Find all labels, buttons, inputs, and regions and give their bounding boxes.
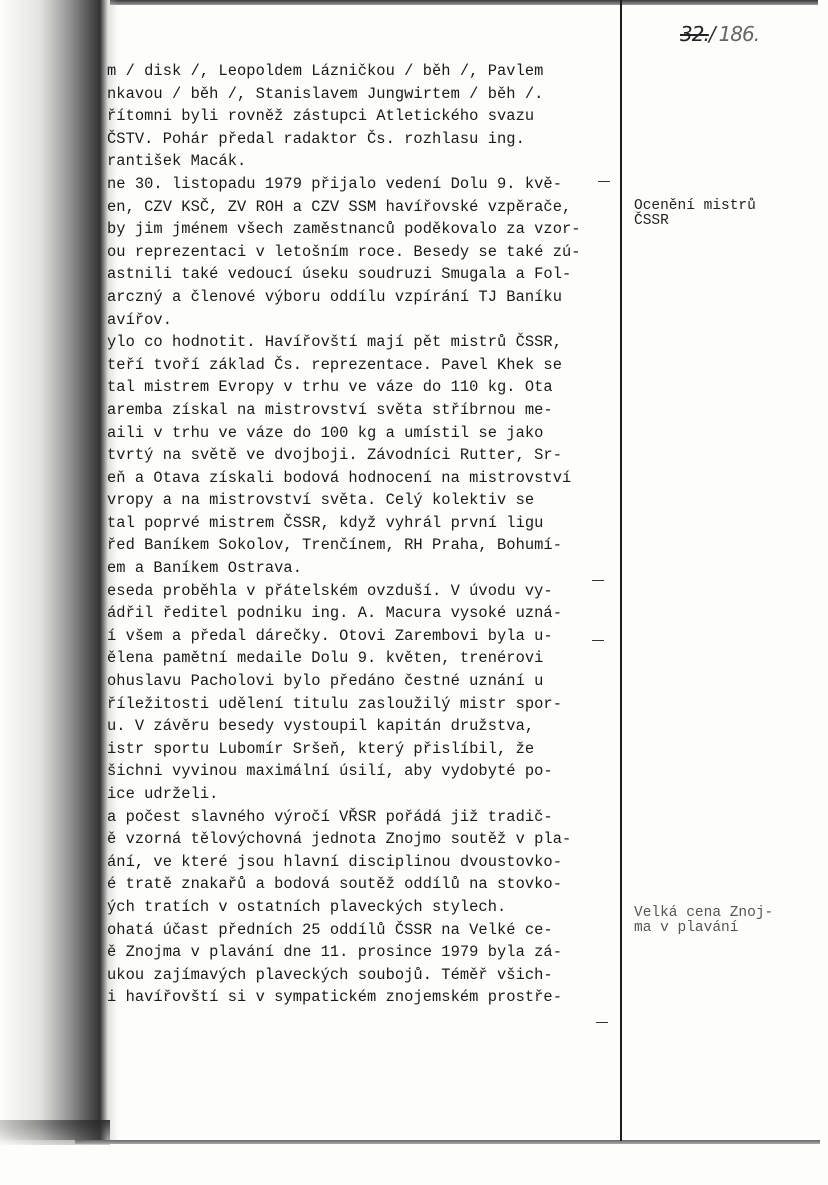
text-line: rantišek Macák. <box>107 150 627 173</box>
text-line: a počest slavného výročí VŘSR pořádá již… <box>107 806 627 829</box>
text-line: eseda proběhla v přátelském ovzduší. V ú… <box>107 580 627 603</box>
text-line: é tratě znakařů a bodová soutěž oddílů n… <box>107 873 627 896</box>
text-line: řítomni byli rovněž zástupci Atletického… <box>107 105 627 128</box>
text-line: ylo co hodnotit. Havířovští mají pět mis… <box>107 331 627 354</box>
text-line: ohatá účast předních 25 oddílů ČSSR na V… <box>107 919 627 942</box>
page-number-crossed: 32. <box>680 22 709 46</box>
text-line: ání, ve které jsou hlavní disciplinou dv… <box>107 851 627 874</box>
margin-note-velka-cena: Velká cena Znoj- ma v plavání <box>634 906 773 936</box>
text-line: m / disk /, Leopoldem Lázničkou / běh /,… <box>107 60 627 83</box>
text-line: řed Baníkem Sokolov, Trenčínem, RH Praha… <box>107 534 627 557</box>
page-bottom-edge <box>75 1140 820 1144</box>
text-line: arczný a členové výboru oddílu vzpírání … <box>107 286 627 309</box>
text-line: i havířovští si v sympatickém znojemském… <box>107 986 627 1009</box>
text-line: tal mistrem Evropy v trhu ve váze do 110… <box>107 376 627 399</box>
text-line: říležitosti udělení titulu zasloužilý mi… <box>107 693 627 716</box>
page-number-separator: / <box>709 22 715 46</box>
text-line: nkavou / běh /, Stanislavem Jungwirtem /… <box>107 83 627 106</box>
text-line: vropy a na mistrovství světa. Celý kolek… <box>107 489 627 512</box>
text-line: tal poprvé mistrem ČSSR, když vyhrál prv… <box>107 512 627 535</box>
page-number: 32./186. <box>680 22 759 46</box>
text-line: eň a Otava získali bodová hodnocení na m… <box>107 467 627 490</box>
text-line: avířov. <box>107 309 627 332</box>
margin-tick <box>596 1022 608 1023</box>
margin-note-oceneni: Ocenění mistrů ČSSR <box>634 199 756 229</box>
text-line: ice udrželi. <box>107 783 627 806</box>
text-line: ukou zajímavých plaveckých soubojů. Témě… <box>107 964 627 987</box>
text-line: ohuslavu Pacholovi bylo předáno čestné u… <box>107 670 627 693</box>
text-line: šichni vyvinou maximální úsilí, aby vydo… <box>107 760 627 783</box>
text-line: ých tratích v ostatních plaveckých style… <box>107 896 627 919</box>
text-line: u. V závěru besedy vystoupil kapitán dru… <box>107 715 627 738</box>
text-line: ČSTV. Pohár předal radaktor Čs. rozhlasu… <box>107 128 627 151</box>
text-line: ádřil ředitel podniku ing. A. Macura vys… <box>107 602 627 625</box>
page-top-edge <box>110 0 818 5</box>
margin-tick <box>598 181 610 182</box>
text-line: í všem a předal dárečky. Otovi Zarembovi… <box>107 625 627 648</box>
text-line: ou reprezentaci v letošním roce. Besedy … <box>107 241 627 264</box>
text-line: ě Znojma v plavání dne 11. prosince 1979… <box>107 941 627 964</box>
margin-tick <box>592 580 604 581</box>
text-line: ne 30. listopadu 1979 přijalo vedení Dol… <box>107 173 627 196</box>
scanned-page: 32./186. m / disk /, Leopoldem Lázničkou… <box>0 0 828 1185</box>
text-line: by jim jménem všech zaměstnanců poděkova… <box>107 218 627 241</box>
text-line: ělena pamětní medaile Dolu 9. květen, tr… <box>107 647 627 670</box>
text-line: tvrtý na světě ve dvojboji. Závodníci Ru… <box>107 444 627 467</box>
margin-tick <box>592 640 604 641</box>
page-number-handwritten: 186. <box>719 22 760 46</box>
text-line: ě vzorná tělovýchovná jednota Znojmo sou… <box>107 828 627 851</box>
text-line: en, CZV KSČ, ZV ROH a CZV SSM havířovské… <box>107 196 627 219</box>
text-line: aili v trhu ve váze do 100 kg a umístil … <box>107 422 627 445</box>
text-line: em a Baníkem Ostrava. <box>107 557 627 580</box>
text-line: teří tvoří základ Čs. reprezentace. Pave… <box>107 354 627 377</box>
text-line: istr sportu Lubomír Sršeň, který přislíb… <box>107 738 627 761</box>
binding-shadow <box>0 0 120 1140</box>
text-line: astnili také vedoucí úseku soudruzi Smug… <box>107 263 627 286</box>
text-line: aremba získal na mistrovství světa stříb… <box>107 399 627 422</box>
body-text: m / disk /, Leopoldem Lázničkou / běh /,… <box>107 60 627 1009</box>
